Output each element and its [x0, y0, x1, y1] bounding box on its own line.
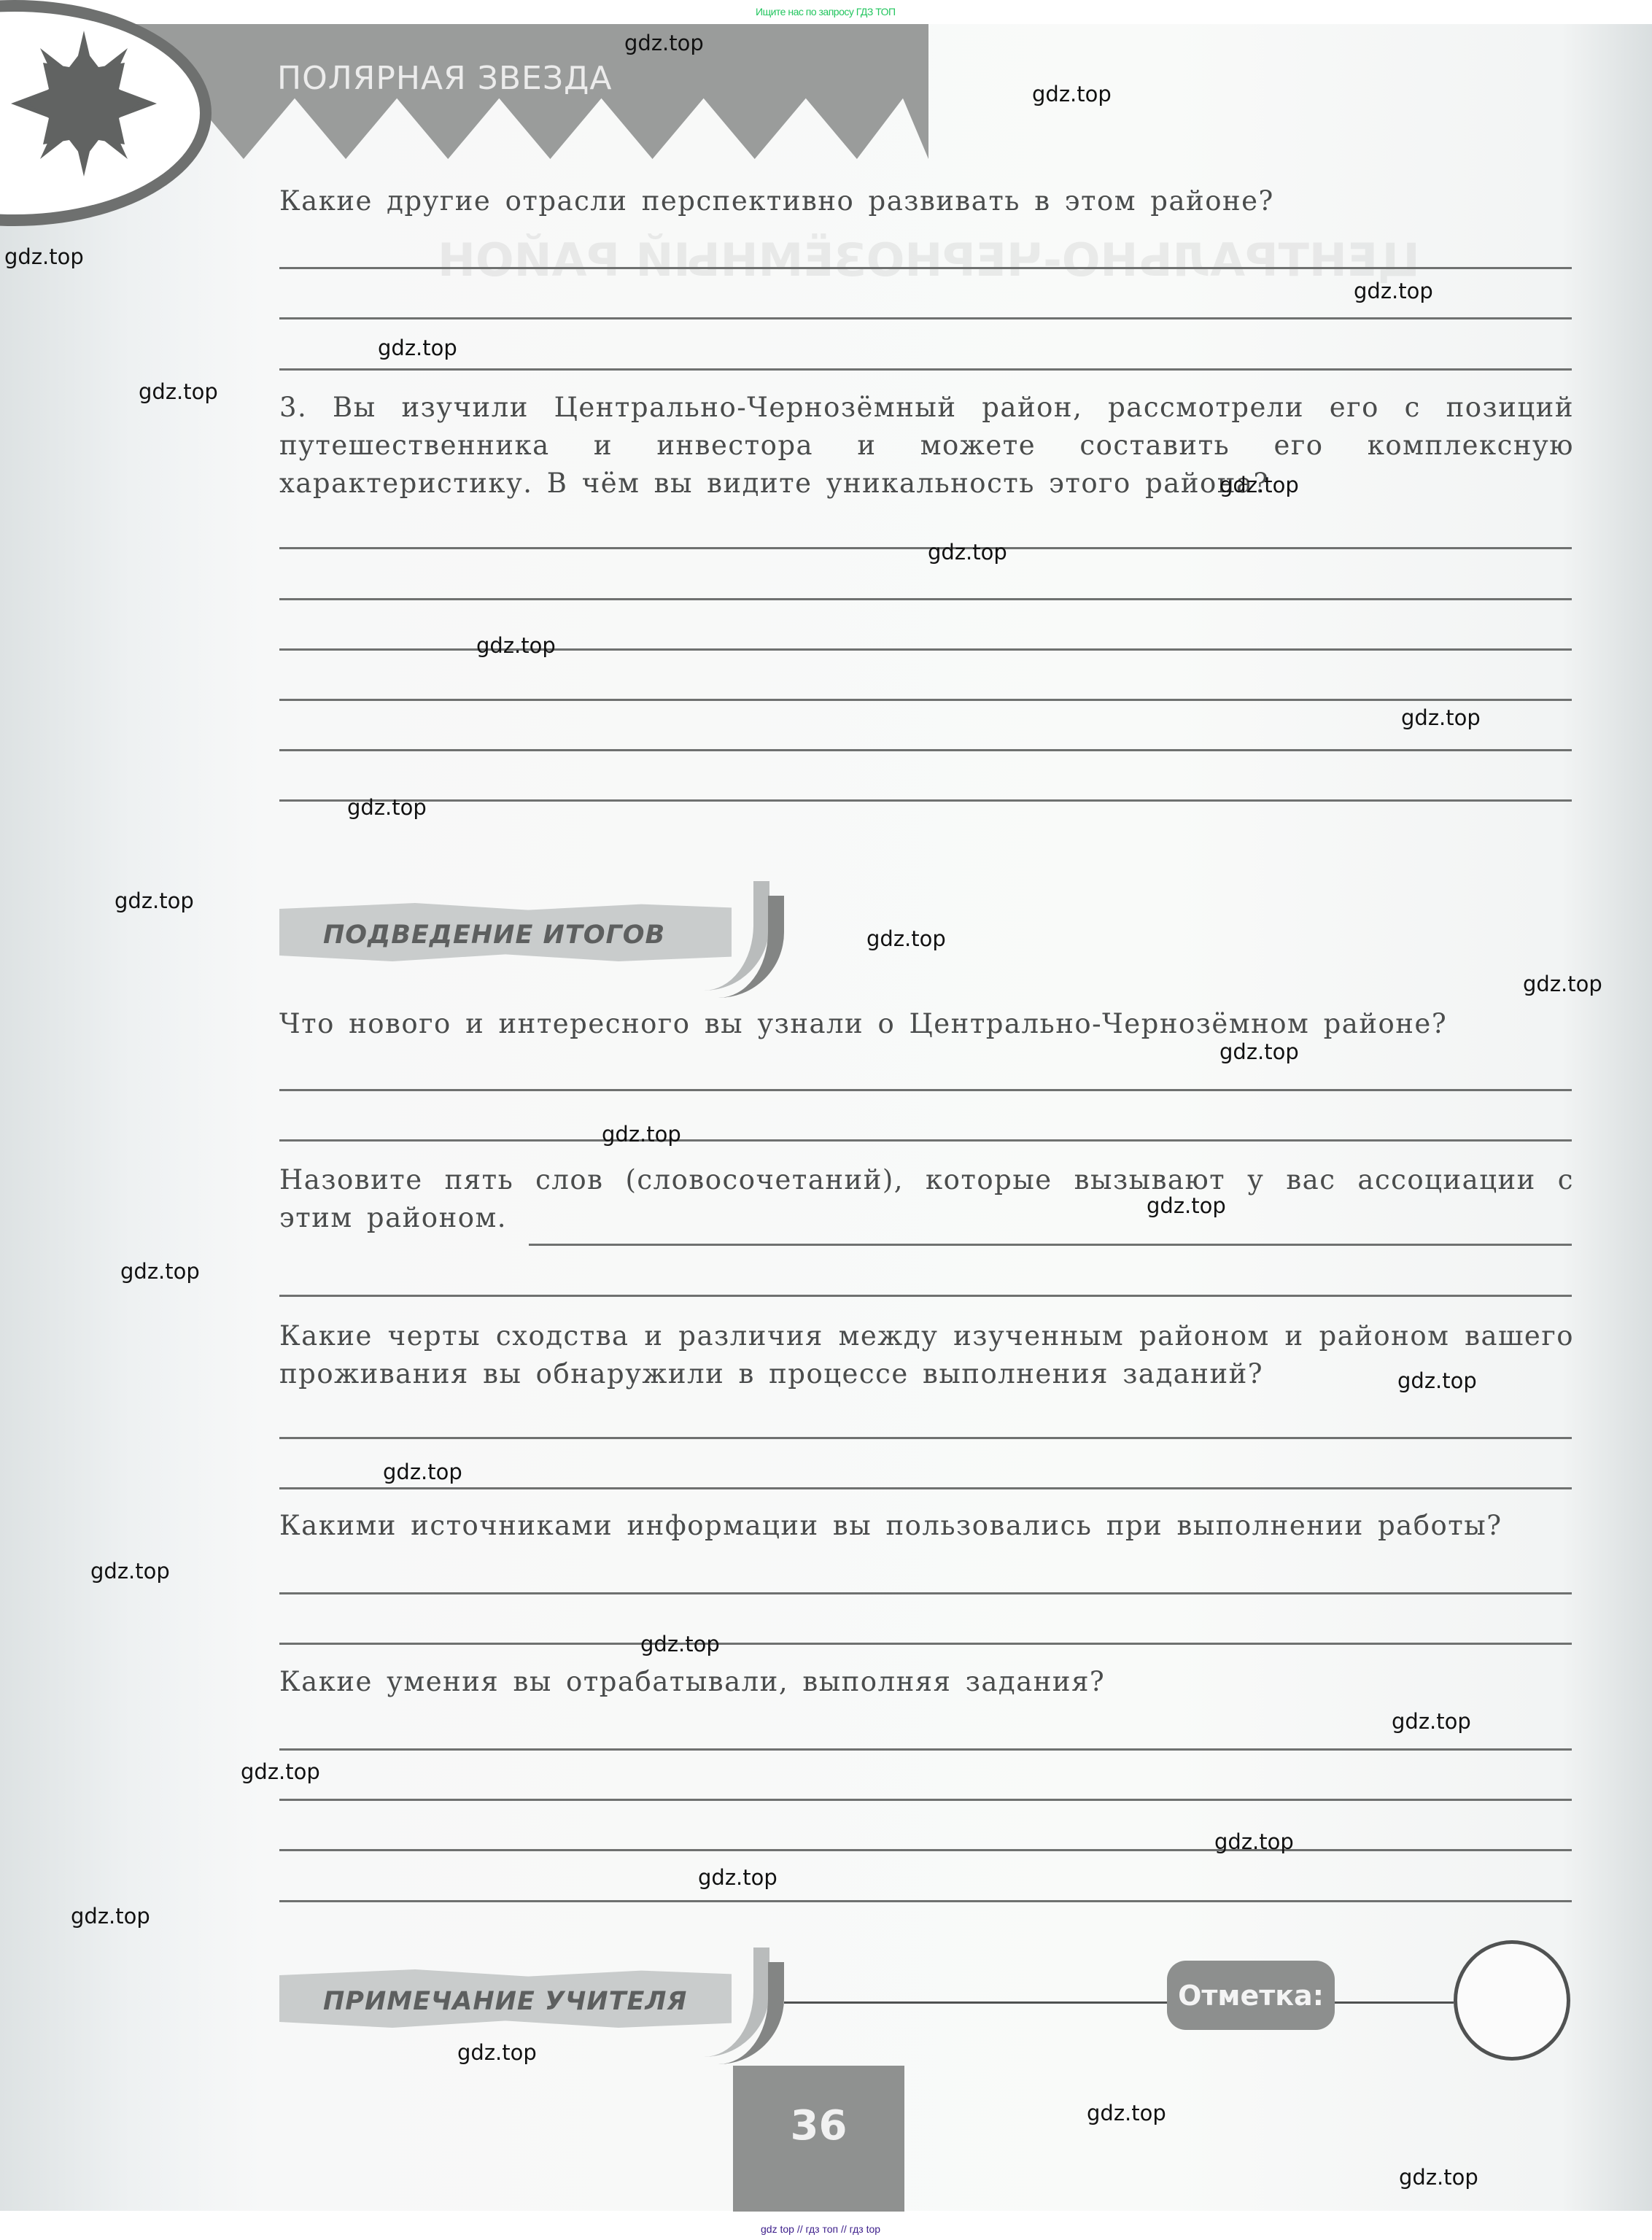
watermark: gdz.top — [139, 379, 218, 404]
answer-line[interactable] — [279, 1437, 1572, 1439]
watermark: gdz.top — [1401, 705, 1481, 730]
bleed-through-text: ЦЕНТРАЛЬНО-ЧЕРНОЗЁМНЫЙ РАЙОН — [438, 233, 1420, 287]
watermark: gdz.top — [640, 1632, 720, 1656]
watermark: gdz.top — [1087, 2101, 1166, 2125]
eight-point-star-icon — [11, 31, 157, 177]
answer-line[interactable] — [279, 1799, 1572, 1801]
watermark: gdz.top — [90, 1559, 170, 1584]
watermark: gdz.top — [71, 1904, 150, 1929]
watermark: gdz.top — [928, 540, 1007, 565]
question-other-industries: Какие другие отрасли перспективно развив… — [279, 182, 1574, 220]
answer-line[interactable] — [279, 1643, 1572, 1645]
answer-line[interactable] — [279, 368, 1572, 371]
watermark: gdz.top — [1354, 279, 1433, 303]
watermark: gdz.top — [866, 926, 946, 951]
bottom-links[interactable]: gdz top // гдз топ // гдз top — [761, 2223, 880, 2235]
answer-line[interactable] — [279, 1900, 1572, 1902]
question-similarities: Какие черты сходства и различия между из… — [279, 1317, 1574, 1393]
question-sources: Какими источниками информации вы пользов… — [279, 1507, 1574, 1545]
question-five-words: Назовите пять слов (словосочетаний), кот… — [279, 1161, 1574, 1237]
teacher-note-banner: ПРИМЕЧАНИЕ УЧИТЕЛЯ — [279, 1955, 783, 2035]
answer-line[interactable] — [279, 1089, 1572, 1091]
watermark: gdz.top — [4, 244, 84, 269]
watermark: gdz.top — [1399, 2165, 1478, 2190]
summary-banner: ПОДВЕДЕНИЕ ИТОГОВ — [279, 888, 783, 969]
answer-line[interactable] — [279, 749, 1572, 751]
watermark: gdz.top — [120, 1259, 200, 1284]
answer-line[interactable] — [279, 1592, 1572, 1594]
watermark: gdz.top — [1032, 82, 1112, 106]
watermark: gdz.top — [347, 795, 427, 820]
answer-line[interactable] — [279, 547, 1572, 549]
watermark: gdz.top — [1219, 1039, 1299, 1064]
answer-line[interactable] — [529, 1244, 1572, 1246]
answer-line[interactable] — [279, 317, 1572, 319]
answer-line[interactable] — [279, 1139, 1572, 1142]
answer-line[interactable] — [279, 267, 1572, 269]
watermark: gdz.top — [1523, 972, 1602, 996]
teacher-note-label: ПРИМЕЧАНИЕ УЧИТЕЛЯ — [323, 1987, 687, 2016]
watermark: gdz.top — [378, 336, 457, 360]
workbook-page — [0, 24, 1652, 2211]
question-skills: Какие умения вы отрабатывали, выполняя з… — [279, 1663, 1574, 1701]
teacher-note-line[interactable] — [784, 2001, 1454, 2004]
task-3-text: 3. Вы изучили Центрально-Чернозёмный рай… — [279, 389, 1574, 503]
watermark: gdz.top — [624, 31, 704, 55]
answer-line[interactable] — [279, 1748, 1572, 1751]
header-title: ПОЛЯРНАЯ ЗВЕЗДА — [277, 60, 613, 97]
watermark: gdz.top — [1397, 1368, 1477, 1393]
question-new-knowledge: Что нового и интересного вы узнали о Цен… — [279, 1005, 1574, 1043]
watermark: gdz.top — [602, 1122, 681, 1147]
summary-banner-label: ПОДВЕДЕНИЕ ИТОГОВ — [323, 921, 665, 950]
answer-line[interactable] — [279, 1487, 1572, 1489]
answer-line[interactable] — [279, 598, 1572, 600]
watermark: gdz.top — [698, 1865, 777, 1890]
watermark: gdz.top — [1147, 1193, 1226, 1218]
page-number: 36 — [733, 2066, 904, 2212]
answer-line[interactable] — [279, 799, 1572, 802]
answer-line[interactable] — [279, 699, 1572, 701]
answer-line[interactable] — [279, 1849, 1572, 1851]
watermark: gdz.top — [383, 1460, 462, 1484]
answer-line[interactable] — [279, 648, 1572, 651]
watermark: gdz.top — [457, 2040, 537, 2065]
mark-circle[interactable] — [1454, 1940, 1570, 2061]
watermark: gdz.top — [1214, 1829, 1294, 1854]
mark-label: Отметка: — [1167, 1961, 1335, 2030]
watermark: gdz.top — [476, 633, 556, 658]
watermark: gdz.top — [1392, 1709, 1471, 1734]
answer-line[interactable] — [279, 1295, 1572, 1297]
watermark: gdz.top — [1219, 473, 1299, 497]
search-hint-banner[interactable]: Ищите нас по запросу ГДЗ ТОП — [756, 6, 896, 18]
watermark: gdz.top — [115, 888, 194, 913]
watermark: gdz.top — [241, 1759, 320, 1784]
